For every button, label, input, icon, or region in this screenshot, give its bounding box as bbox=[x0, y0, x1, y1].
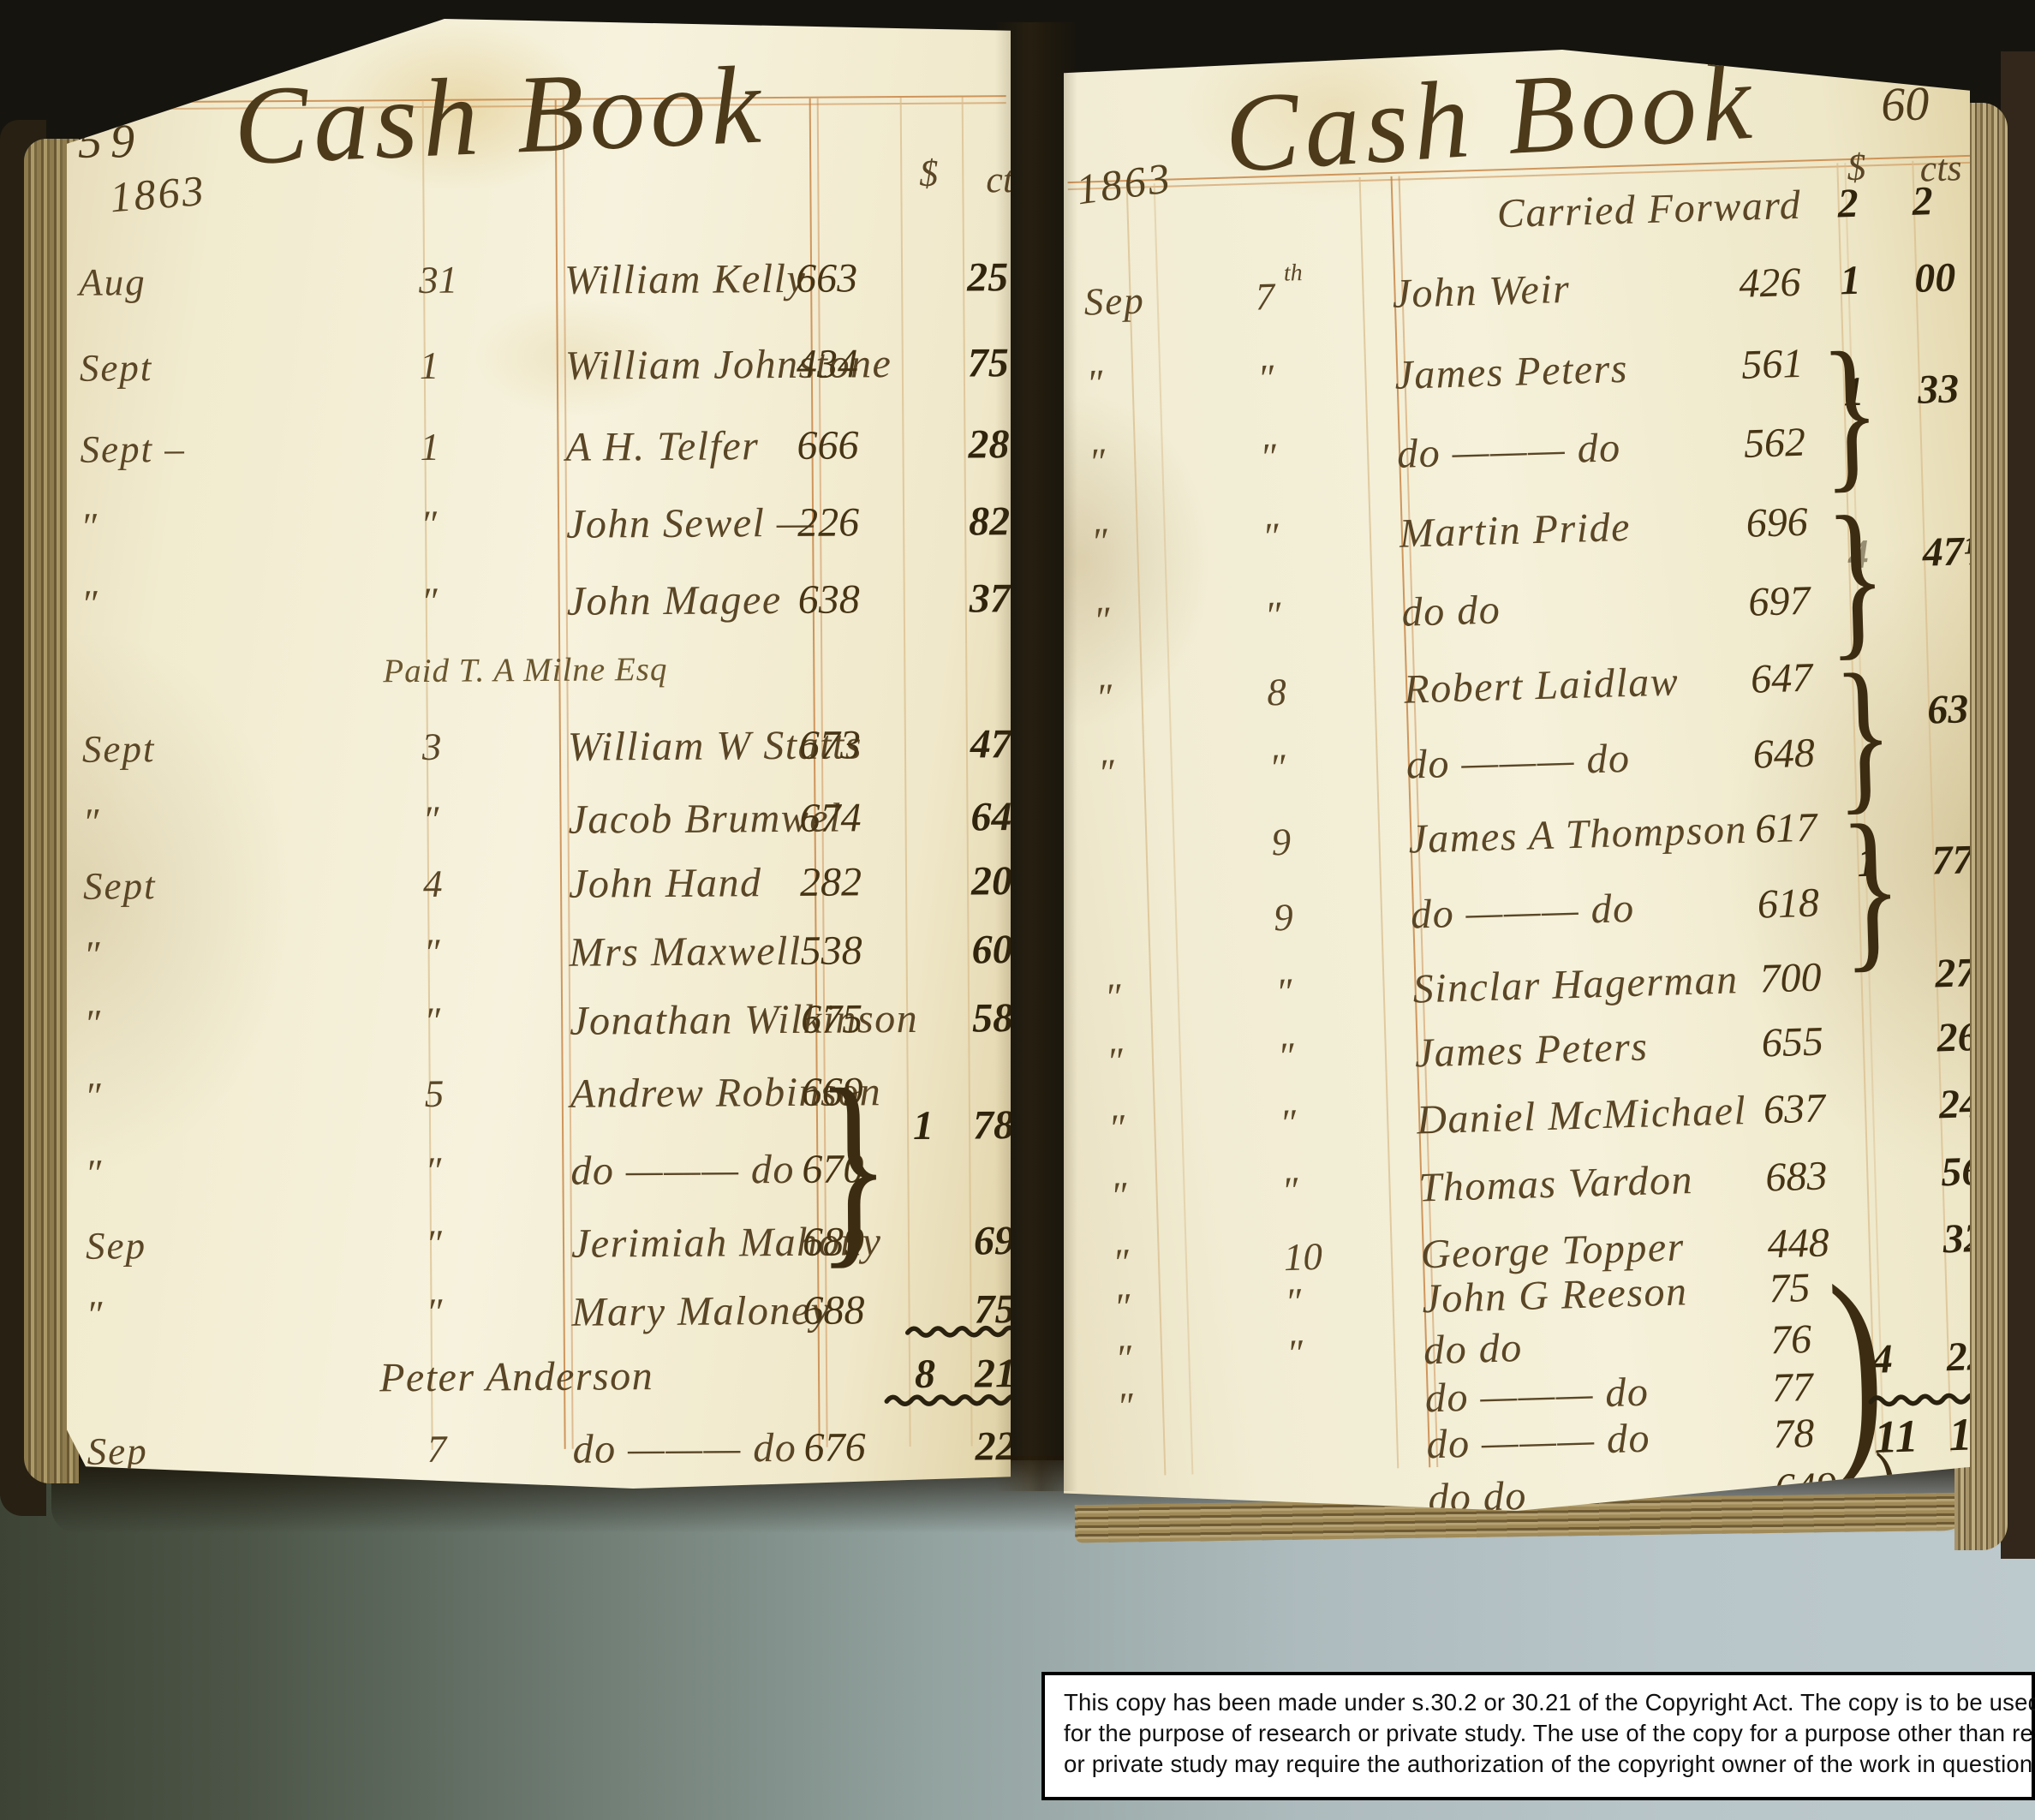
ledger-entries: Carried Forward22Sep7thJohn Weir426100″″… bbox=[1064, 24, 1970, 51]
entry-day: ″ bbox=[1259, 434, 1276, 480]
entry-day: ″ bbox=[1275, 970, 1292, 1015]
entry-dollars: 2 bbox=[1837, 180, 1859, 228]
entry-folio: 77 bbox=[1771, 1364, 1814, 1411]
entry-folio: 282 bbox=[800, 858, 862, 906]
entry-folio: 618 bbox=[1757, 879, 1820, 928]
entry-date: Sept bbox=[80, 345, 153, 391]
grouping-brace: } bbox=[1819, 326, 1882, 499]
book-gutter-shadow bbox=[995, 22, 1077, 1491]
group-total-cents: 63 bbox=[1926, 685, 1969, 733]
entry-name: do ——— do bbox=[572, 1424, 797, 1473]
entry-name: do ——— do bbox=[1405, 735, 1631, 789]
entry-name: John Hand bbox=[569, 859, 762, 908]
entry-day: ″ bbox=[1257, 355, 1274, 401]
entry-day: ″ bbox=[1280, 1101, 1297, 1146]
entry-name: Paid T. A Milne Esq bbox=[383, 650, 667, 690]
entry-folio: 76 bbox=[1769, 1316, 1812, 1364]
entry-day: 4 bbox=[423, 862, 443, 906]
ledger-entries: Aug31William Kelly66325Sept1William John… bbox=[62, 15, 1006, 22]
entry-folio: 637 bbox=[1763, 1084, 1826, 1133]
entry-name: do ——— do bbox=[1424, 1369, 1650, 1423]
page-number: 60 bbox=[1880, 76, 1930, 133]
entry-day: ″ bbox=[421, 579, 438, 624]
copyright-notice: This copy has been made under s.30.2 or … bbox=[1041, 1672, 2035, 1800]
entry-folio: 75 bbox=[1768, 1264, 1811, 1312]
entry-name: John Sewel — bbox=[566, 499, 815, 548]
right-page: 1863 Cash Book 60 $ cts Carried Forward2… bbox=[1064, 50, 1970, 1511]
dollars-column-header: $ bbox=[919, 152, 938, 195]
ledger-row: Peter Anderson821¼ bbox=[71, 1350, 1015, 1411]
entry-folio: 700 bbox=[1759, 953, 1823, 1002]
entry-folio: 448 bbox=[1767, 1219, 1830, 1268]
copyright-line: or private study may require the authori… bbox=[1064, 1749, 2016, 1780]
entry-day: ″ bbox=[1277, 1034, 1294, 1079]
entry-day: 7 bbox=[427, 1427, 446, 1471]
entry-name: A H. Telfer bbox=[565, 422, 759, 471]
entry-day: ″ bbox=[1285, 1280, 1302, 1325]
entry-day: ″ bbox=[422, 797, 439, 842]
ledger-scan: 59 1863 Cash Book $ cts Aug31William Kel… bbox=[0, 0, 2035, 1820]
entry-date: ″ bbox=[1104, 975, 1123, 1020]
entry-folio: 434 bbox=[797, 340, 858, 388]
entry-day: 9 bbox=[1273, 895, 1293, 940]
entry-name: Daniel McMichael bbox=[1416, 1087, 1747, 1143]
entry-date: ″ bbox=[1110, 1173, 1129, 1219]
entry-folio: 426 bbox=[1739, 259, 1802, 307]
entry-folio: 538 bbox=[800, 927, 862, 975]
entry-folio: 697 bbox=[1748, 577, 1811, 626]
entry-cents: 2 bbox=[1912, 177, 1934, 225]
entry-day: 1 bbox=[420, 425, 439, 469]
entry-name: John Magee bbox=[567, 576, 782, 625]
memo-row: Paid T. A Milne Esq bbox=[66, 647, 1010, 709]
entry-day: ″ bbox=[421, 502, 437, 546]
entry-day-suffix: th bbox=[1283, 260, 1303, 288]
entry-day: 5 bbox=[425, 1071, 445, 1116]
entry-date: ″ bbox=[85, 1074, 103, 1119]
entry-folio: 647 bbox=[1750, 654, 1813, 703]
entry-name: do ——— do bbox=[1396, 424, 1621, 478]
entry-date: Sept bbox=[82, 726, 156, 772]
page-number: 59 bbox=[78, 114, 143, 170]
entry-date: ″ bbox=[83, 933, 101, 977]
entry-day: ″ bbox=[424, 999, 440, 1043]
entry-day: ″ bbox=[1262, 514, 1279, 559]
entry-day: 9 bbox=[1271, 820, 1292, 865]
entry-name: Thomas Vardon bbox=[1418, 1156, 1694, 1211]
entry-dollars: 1 bbox=[1840, 257, 1862, 305]
ledger-row: Sept1William Johnstone43475 bbox=[64, 339, 1008, 401]
entry-date: ″ bbox=[1115, 1335, 1134, 1381]
entry-folio: 78 bbox=[1772, 1410, 1815, 1458]
entry-day: ″ bbox=[426, 1290, 442, 1334]
entry-folio: 683 bbox=[1765, 1152, 1829, 1201]
entry-name: do do bbox=[1401, 586, 1501, 636]
entry-folio: 655 bbox=[1761, 1017, 1824, 1066]
entry-day: 10 bbox=[1283, 1234, 1323, 1280]
group-total-dollars: 1 bbox=[913, 1102, 934, 1149]
entry-date: ″ bbox=[1090, 519, 1109, 564]
entry-folio: 688 bbox=[803, 1286, 864, 1334]
entry-name: Robert Laidlaw bbox=[1404, 658, 1680, 713]
entry-date: ″ bbox=[82, 800, 100, 844]
entry-date: ″ bbox=[1112, 1240, 1131, 1286]
entry-name: James Peters bbox=[1394, 345, 1629, 399]
entry-folio: 696 bbox=[1746, 498, 1809, 547]
entry-name: do ——— do bbox=[1410, 885, 1635, 939]
entry-name: Jonathan Wilkinson bbox=[570, 995, 918, 1045]
entry-date: Aug bbox=[79, 260, 146, 305]
entry-date: ″ bbox=[1093, 598, 1112, 643]
entry-date: ″ bbox=[1116, 1383, 1135, 1429]
entry-day: ″ bbox=[1286, 1331, 1303, 1376]
entry-date: ″ bbox=[81, 504, 98, 549]
entry-date: Sept bbox=[83, 863, 157, 909]
ledger-row: ″″John Sewel —22682 bbox=[65, 498, 1009, 559]
entry-date: Sept – bbox=[80, 427, 186, 472]
entry-day: 31 bbox=[419, 258, 457, 302]
entry-day: ″ bbox=[425, 1149, 441, 1193]
entry-name: John G Reeson bbox=[1422, 1268, 1689, 1322]
entry-date: Sep bbox=[1083, 278, 1145, 325]
entry-date: ″ bbox=[1106, 1039, 1125, 1084]
entry-day: ″ bbox=[1268, 745, 1286, 791]
entry-date: ″ bbox=[81, 582, 99, 626]
entry-name: Sinclar Hagerman bbox=[1412, 956, 1739, 1012]
entry-name: Martin Pride bbox=[1399, 504, 1631, 558]
copyright-line: This copy has been made under s.30.2 or … bbox=[1064, 1687, 2016, 1718]
entry-name: William Kelly bbox=[564, 255, 807, 304]
entry-name: do ——— do bbox=[570, 1146, 795, 1195]
ledger-row: ″″Mary Maloney68875 bbox=[70, 1286, 1014, 1347]
entry-folio: 561 bbox=[1740, 340, 1804, 389]
page-title: Cash Book bbox=[231, 40, 768, 191]
entry-date: ″ bbox=[1095, 675, 1114, 720]
entry-folio: 226 bbox=[797, 498, 859, 546]
entry-folio: 663 bbox=[796, 254, 857, 302]
entry-name: John Weir bbox=[1392, 266, 1571, 318]
entry-name: Peter Anderson bbox=[379, 1352, 653, 1401]
entry-date: ″ bbox=[1089, 439, 1107, 485]
left-page-content: 59 1863 Cash Book $ cts Aug31William Kel… bbox=[62, 15, 1016, 1492]
entry-folio: 676 bbox=[803, 1423, 865, 1471]
entry-name: James A Thompson bbox=[1408, 806, 1748, 863]
entry-folio: 648 bbox=[1752, 730, 1816, 779]
entry-day: 8 bbox=[1267, 670, 1287, 715]
entry-dollars: 8 bbox=[915, 1351, 935, 1398]
ledger-row: Sept4John Hand28220 bbox=[68, 857, 1012, 919]
entry-name: James Peters bbox=[1414, 1023, 1649, 1077]
entry-folio: 666 bbox=[797, 421, 858, 469]
entry-date: ″ bbox=[84, 1001, 102, 1046]
entry-date: ″ bbox=[1108, 1106, 1127, 1151]
entry-name: Carried Forward bbox=[1496, 182, 1802, 238]
grouping-brace: } bbox=[815, 1057, 890, 1276]
ledger-row: Sept –1A H. Telfer66628 bbox=[64, 421, 1008, 482]
entry-name: do ——— do bbox=[1426, 1415, 1651, 1469]
entry-date: ″ bbox=[1097, 750, 1116, 796]
entry-folio: 675 bbox=[801, 995, 862, 1043]
ledger-row: ″″Mrs Maxwell53860 bbox=[68, 926, 1012, 988]
entry-folio: 617 bbox=[1755, 804, 1818, 853]
entry-folio: 674 bbox=[799, 794, 861, 842]
entry-date: ″ bbox=[86, 1292, 104, 1337]
group-total-cents: 33 bbox=[1917, 365, 1960, 413]
left-page: 59 1863 Cash Book $ cts Aug31William Kel… bbox=[67, 19, 1011, 1489]
entry-folio: 562 bbox=[1743, 419, 1806, 468]
ledger-row: ″″John Magee63837½ bbox=[66, 575, 1010, 636]
entry-date: ″ bbox=[85, 1151, 103, 1196]
entry-day: ″ bbox=[1264, 593, 1281, 638]
entry-cents: 00 bbox=[1914, 254, 1957, 301]
grouping-brace: } bbox=[1838, 797, 1904, 979]
entry-date: ″ bbox=[1086, 361, 1105, 406]
ledger-row: Aug31William Kelly66325 bbox=[63, 254, 1007, 315]
entry-name: do do bbox=[1423, 1324, 1523, 1374]
entry-day: 1 bbox=[420, 343, 439, 388]
page-year: 1863 bbox=[108, 165, 207, 222]
entry-date: Sep bbox=[86, 1223, 146, 1268]
entry-date: ″ bbox=[1113, 1284, 1132, 1329]
entry-day: 3 bbox=[422, 725, 442, 769]
ledger-row: Sept3William W Statts67347 bbox=[67, 720, 1011, 782]
right-page-content: 1863 Cash Book 60 $ cts Carried Forward2… bbox=[1064, 24, 2013, 1512]
entry-day: ″ bbox=[426, 1221, 442, 1266]
entry-folio: 673 bbox=[799, 721, 861, 769]
page-title: Cash Book bbox=[1220, 37, 1759, 200]
entry-day: ″ bbox=[423, 930, 439, 975]
ledger-row: ″″Jacob Brumwel67464 bbox=[67, 793, 1011, 855]
entry-name: Mary Maloney bbox=[571, 1287, 830, 1336]
entry-day: ″ bbox=[1281, 1168, 1298, 1214]
entry-day: 7 bbox=[1255, 274, 1275, 319]
copyright-line: for the purpose of research or private s… bbox=[1064, 1718, 2016, 1749]
entry-folio: 638 bbox=[798, 576, 860, 624]
entry-name: Mrs Maxwell bbox=[569, 928, 802, 976]
